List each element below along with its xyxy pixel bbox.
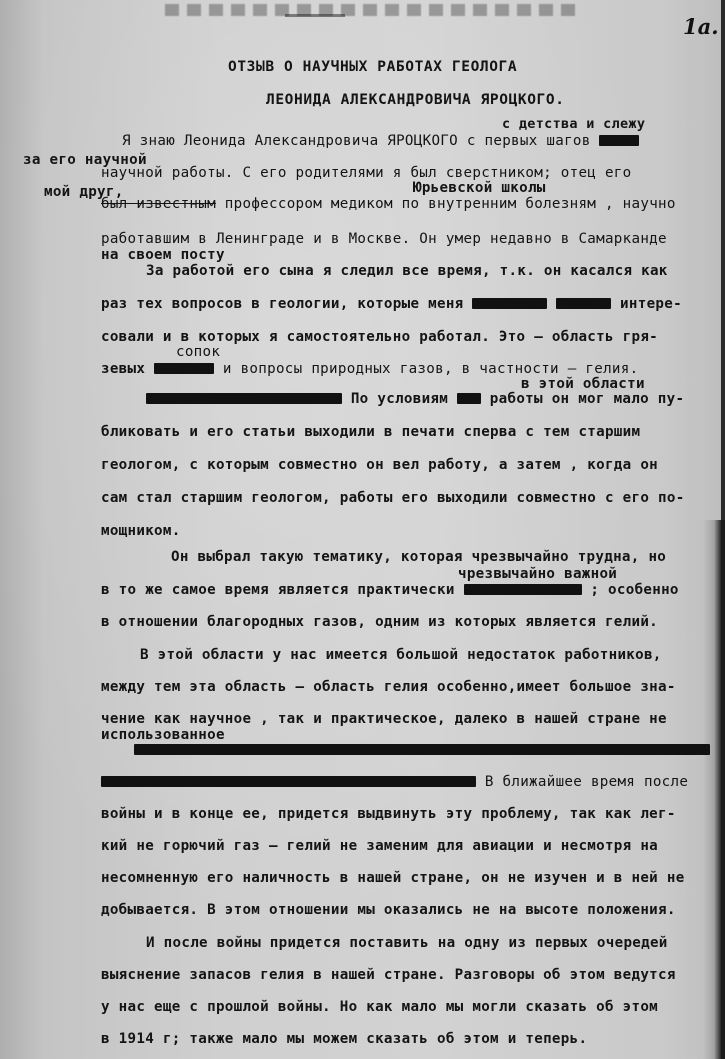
body-line: совали и в которых я самостоятельно рабо… bbox=[101, 329, 658, 345]
strikethrough bbox=[464, 584, 582, 595]
body-line: бликовать и его статьи выходили в печати… bbox=[101, 424, 640, 440]
insertion-text: с детства и слежу bbox=[502, 116, 645, 132]
body-text: в то же самое время является практически bbox=[101, 582, 455, 598]
body-line: несомненную его наличность в нашей стран… bbox=[101, 870, 685, 886]
body-line: И после войны придется поставить на одну… bbox=[146, 935, 668, 951]
body-line: чение как научное , так и практическое, … bbox=[101, 711, 667, 727]
page-number: 1а. bbox=[683, 14, 719, 39]
body-text: В ближайшее время после bbox=[485, 774, 688, 790]
body-line: В этой области у нас имеется большой нед… bbox=[140, 647, 662, 663]
body-line: За работой его сына я следил все время, … bbox=[146, 263, 668, 279]
strikethrough bbox=[134, 744, 710, 755]
strikethrough bbox=[457, 393, 481, 404]
body-line: мощником. bbox=[101, 523, 181, 539]
body-line: работавшим в Ленинграде и в Москве. Он у… bbox=[101, 231, 667, 247]
body-text: и вопросы природных газов, в частности —… bbox=[223, 361, 639, 377]
strikethrough bbox=[556, 298, 611, 309]
insertion-text: чрезвычайно важной bbox=[458, 566, 617, 582]
body-line: Я знаю Леонида Александровича ЯРОЦКОГО с… bbox=[122, 133, 639, 149]
body-text: ; особенно bbox=[590, 582, 678, 598]
insertion-text: на своем посту bbox=[101, 247, 225, 263]
body-line: геологом, с которым совместно он вел раб… bbox=[101, 457, 658, 473]
body-line: в то же самое время является практически… bbox=[101, 582, 679, 598]
body-text: зевых bbox=[101, 361, 145, 377]
page-edge-shadow bbox=[703, 520, 725, 1059]
body-line: В ближайшее время после bbox=[101, 774, 688, 790]
strikethrough bbox=[154, 363, 214, 374]
body-line: у нас еще с прошлой войны. Но как мало м… bbox=[101, 999, 658, 1015]
body-line: сам стал старшим геологом, работы его вы… bbox=[101, 490, 685, 506]
body-text: работы он мог мало пу- bbox=[490, 391, 685, 407]
body-line: в отношении благородных газов, одним из … bbox=[101, 614, 658, 630]
title-line-2: ЛЕОНИДА АЛЕКСАНДРОВИЧА ЯРОЦКОГО. bbox=[266, 92, 565, 108]
body-line: зевых и вопросы природных газов, в частн… bbox=[101, 361, 638, 377]
body-line: Он выбрал такую тематику, которая чрезвы… bbox=[171, 549, 666, 565]
strikethrough bbox=[146, 393, 342, 404]
body-line: выяснение запасов гелия в нашей стране. … bbox=[101, 967, 676, 983]
body-text: раз тех вопросов в геологии, которые мен… bbox=[101, 296, 464, 312]
insertion-text: в этой области bbox=[521, 376, 645, 392]
insertion-text: сопок bbox=[176, 344, 220, 360]
body-line: между тем эта область — область гелия ос… bbox=[101, 679, 676, 695]
body-line: научной работы. С его родителями я был с… bbox=[101, 165, 632, 181]
body-text: По условиям bbox=[351, 391, 448, 407]
body-line: был известным профессором медиком по вну… bbox=[101, 196, 676, 212]
body-line: По условиям работы он мог мало пу- bbox=[146, 391, 684, 407]
body-text: интере- bbox=[620, 296, 682, 312]
body-line: кий не горючий газ — гелий не заменим дл… bbox=[101, 838, 658, 854]
body-line: войны и в конце ее, придется выдвинуть э… bbox=[101, 806, 676, 822]
top-smudge-mark bbox=[285, 14, 345, 17]
struck-text: был известным bbox=[101, 196, 216, 212]
strikethrough bbox=[599, 135, 639, 146]
title-line-1: ОТЗЫВ О НАУЧНЫХ РАБОТАХ ГЕОЛОГА bbox=[228, 59, 517, 75]
top-smudge bbox=[165, 4, 575, 16]
body-line: добывается. В этом отношении мы оказалис… bbox=[101, 902, 676, 918]
strikethrough bbox=[472, 298, 547, 309]
body-text: профессором медиком по внутренним болезн… bbox=[225, 196, 676, 212]
body-line: в 1914 г; также мало мы можем сказать об… bbox=[101, 1031, 587, 1047]
body-text: Я знаю Леонида Александровича ЯРОЦКОГО с… bbox=[122, 133, 591, 149]
insertion-text: Юрьевской школы bbox=[413, 180, 546, 196]
strikethrough bbox=[101, 776, 476, 787]
body-line: раз тех вопросов в геологии, которые мен… bbox=[101, 296, 682, 312]
insertion-text: использованное bbox=[101, 727, 225, 743]
document-page: 1а. ОТЗЫВ О НАУЧНЫХ РАБОТАХ ГЕОЛОГА ЛЕОН… bbox=[0, 0, 725, 1059]
body-line bbox=[134, 742, 710, 758]
